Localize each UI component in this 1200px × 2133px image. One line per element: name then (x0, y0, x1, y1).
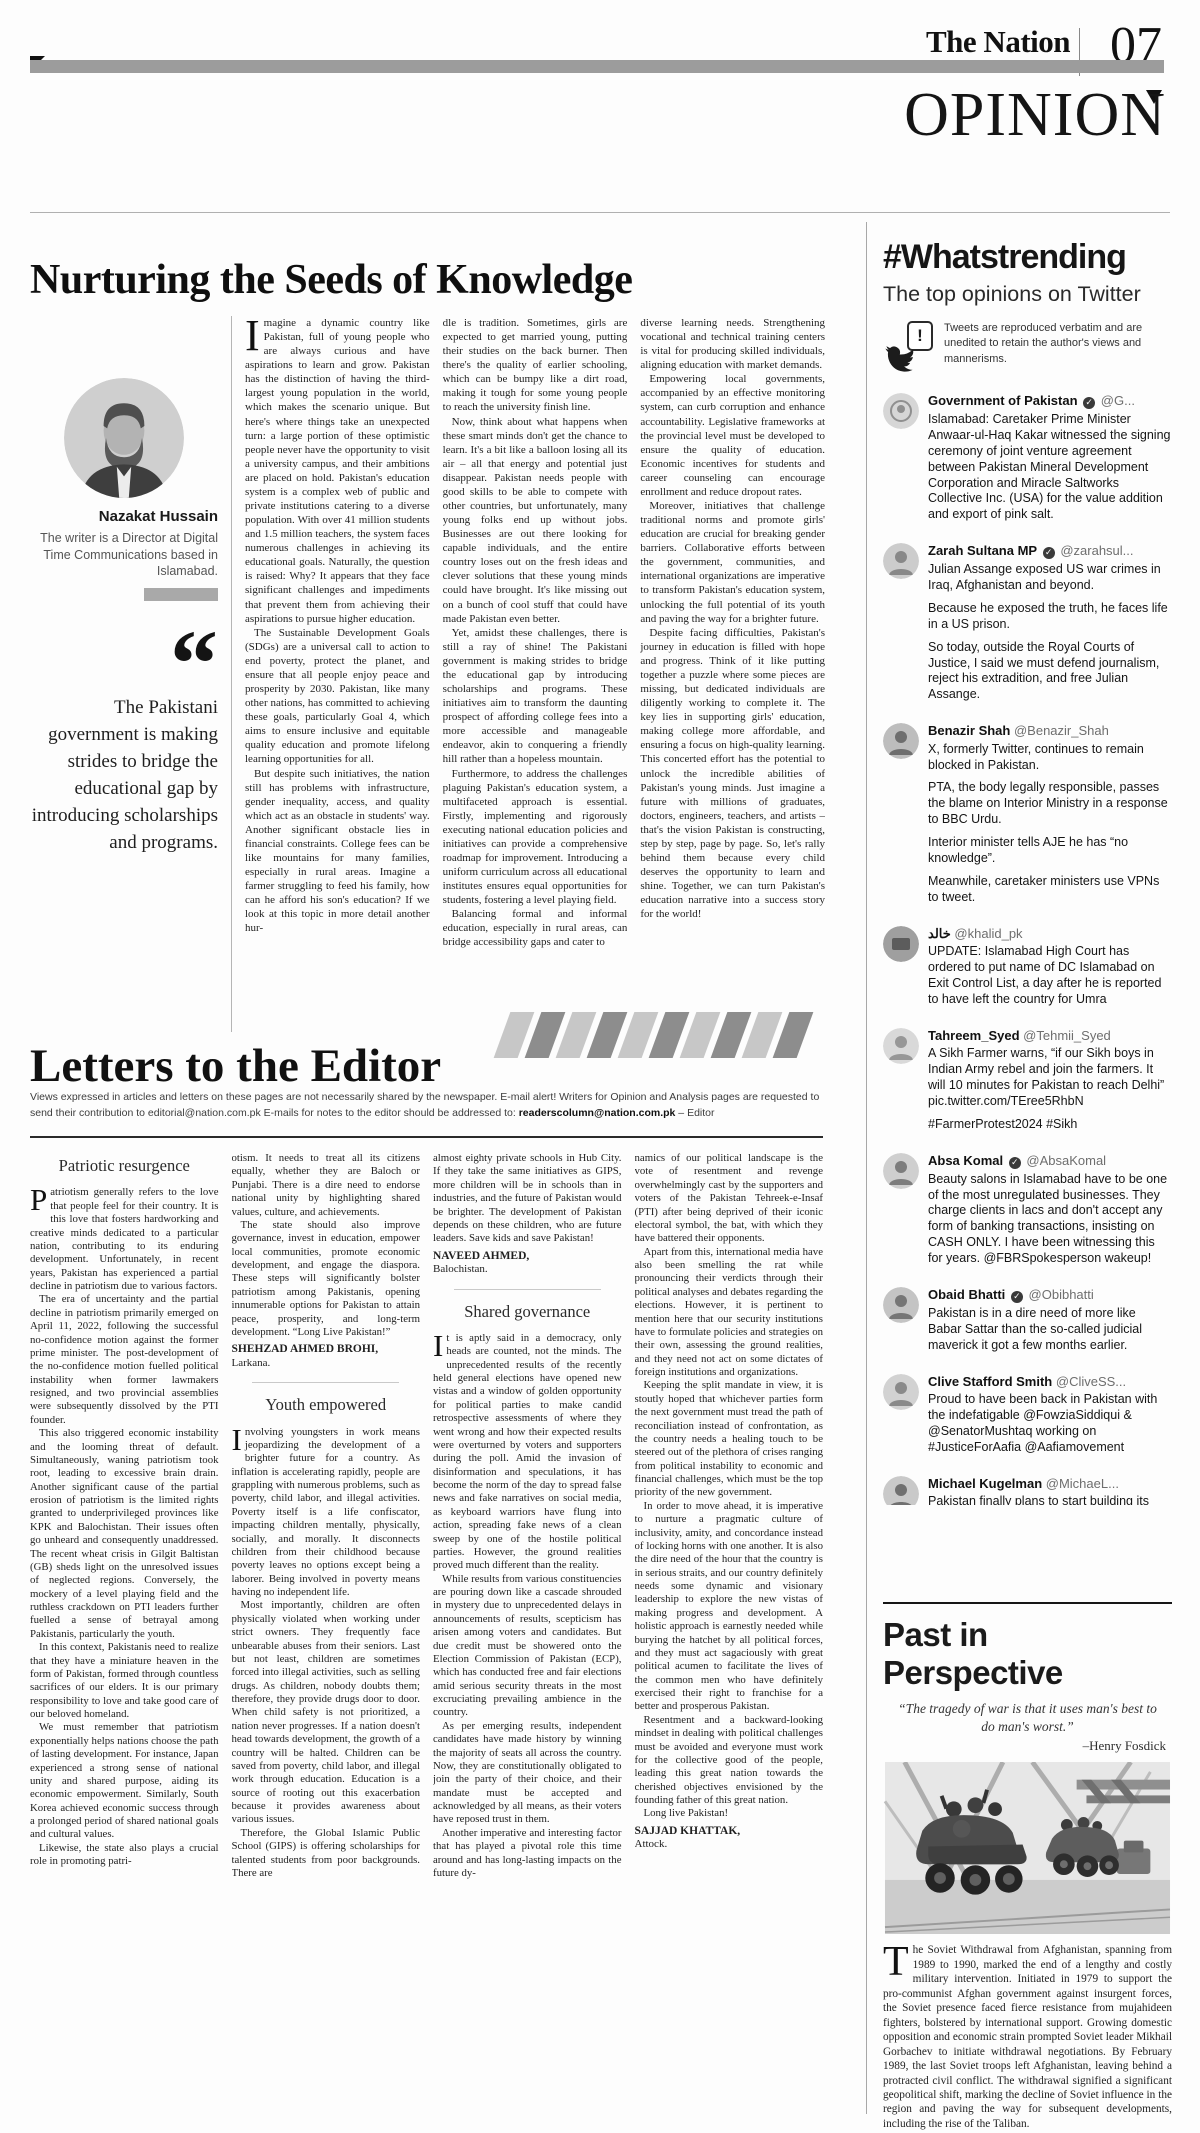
avatar (883, 1153, 919, 1189)
avatar (883, 393, 919, 429)
letter-text: Involving youngsters in work means jeopa… (232, 1426, 421, 1881)
paragraph: dle is tradition. Sometimes, girls are e… (443, 316, 628, 415)
paragraph: Likewise, the state also plays a crucial… (30, 1842, 219, 1869)
tweet-header: Absa Komal ✓ @AbsaKomal (928, 1153, 1172, 1169)
paragraph: We must remember that patriotism exponen… (30, 1721, 219, 1841)
paragraph: In order to move ahead, it is imperative… (635, 1500, 824, 1714)
paragraph: Islamabad: Caretaker Prime Minister Anwa… (928, 412, 1172, 523)
tweet-text: Islamabad: Caretaker Prime Minister Anwa… (928, 412, 1172, 523)
tweet: Obaid Bhatti ✓ @Obibhatti Pakistan is in… (883, 1287, 1172, 1361)
past-quote: “The tragedy of war is that it uses man'… (893, 1700, 1162, 1736)
avatar (883, 1476, 919, 1505)
tweet-handle: @Obibhatti (1029, 1287, 1094, 1302)
letters-columns: Patriotic resurgence Patriotism generall… (30, 1152, 823, 2112)
paragraph: Pakistan is in a dire need of more like … (928, 1306, 1172, 1354)
signature-location: Larkana. (232, 1357, 421, 1371)
twitter-bird-icon: ! (883, 321, 935, 375)
paragraph: But despite such initiatives, the nation… (245, 767, 430, 936)
paragraph: Proud to have been back in Pakistan with… (928, 1392, 1172, 1456)
author-photo (64, 378, 184, 498)
letter-heading-youth-empowered: Youth empowered (232, 1395, 421, 1415)
tweet-text: Julian Assange exposed US war crimes in … (928, 562, 1172, 703)
paragraph: Moreover, initiatives that challenge tra… (640, 499, 825, 626)
readers-email: readerscolumn@nation.com.pk (519, 1107, 676, 1119)
signature-name: NAVEED AHMED, (433, 1249, 622, 1263)
tweet-text: A Sikh Farmer warns, “if our Sikh boys i… (928, 1046, 1172, 1132)
letter-divider (454, 1289, 601, 1290)
tweet: Michael Kugelman @MichaeL... Pakistan fi… (883, 1476, 1172, 1505)
past-quote-attribution: –Henry Fosdick (883, 1738, 1166, 1754)
paragraph: The Sustainable Development Goals (SDGs)… (245, 626, 430, 767)
tweet-list: Government of Pakistan ✓ @G... Islamabad… (883, 393, 1172, 1505)
article-title: Nurturing the Seeds of Knowledge (30, 256, 632, 304)
tweet-handle: @MichaeL... (1046, 1476, 1119, 1491)
avatar (883, 723, 919, 759)
paragraph: A Sikh Farmer warns, “if our Sikh boys i… (928, 1046, 1172, 1110)
tweet-author: Tahreem_Syed (928, 1028, 1020, 1043)
paragraph: Pakistan finally plans to start building… (928, 1494, 1172, 1505)
past-title: Past in Perspective (883, 1616, 1172, 1692)
verified-badge-icon: ✓ (1009, 1157, 1021, 1169)
tweet-text: X, formerly Twitter, continues to remain… (928, 742, 1172, 906)
paragraph: Now, think about what happens when these… (443, 415, 628, 626)
avatar (883, 1028, 919, 1064)
paragraph: Keeping the split mandate in view, it is… (635, 1379, 824, 1499)
paragraph: Resentment and a backward-looking mindse… (635, 1714, 824, 1808)
author-rule (144, 588, 218, 601)
tweet: Clive Stafford Smith @CliveSS... Proud t… (883, 1374, 1172, 1463)
article-column-3: diverse learning needs. Strengthening vo… (640, 316, 825, 1032)
author-portrait-graphic (64, 378, 184, 498)
tweet-author: Obaid Bhatti (928, 1287, 1005, 1302)
section-rule (30, 212, 1170, 213)
paragraph: Yet, amidst these challenges, there is s… (443, 626, 628, 767)
letters-column-2: otism. It needs to treat all its citizen… (232, 1152, 421, 2112)
tweet-text: UPDATE: Islamabad High Court has ordered… (928, 944, 1172, 1008)
title-stripes (502, 1012, 805, 1058)
paragraph: Furthermore, to address the challenges p… (443, 767, 628, 908)
tweet-handle: @G... (1101, 393, 1135, 408)
paragraph: Another imperative and interesting facto… (433, 1827, 622, 1881)
pull-quote: The Pakistani government is making strid… (30, 695, 218, 857)
tweet: Government of Pakistan ✓ @G... Islamabad… (883, 393, 1172, 530)
tweet-handle: @Tehmii_Syed (1023, 1028, 1111, 1043)
tweet: خالد @khalid_pk UPDATE: Islamabad High C… (883, 926, 1172, 1015)
tweet-author: Zarah Sultana MP (928, 543, 1037, 558)
author-column: Nazakat Hussain The writer is a Director… (30, 316, 232, 1032)
paragraph: Empowering local governments, accompanie… (640, 372, 825, 499)
section-title: OPINION (904, 84, 1166, 146)
past-body: The Soviet Withdrawal from Afghanistan, … (883, 1943, 1172, 2131)
bird-glyph (881, 341, 916, 376)
letter-text: It is aptly said in a democracy, only he… (433, 1332, 622, 1880)
tweet: Zarah Sultana MP ✓ @zarahsul... Julian A… (883, 543, 1172, 710)
paragraph: X, formerly Twitter, continues to remain… (928, 742, 1172, 774)
tweet-author: Government of Pakistan (928, 393, 1078, 408)
letter-heading-shared-governance: Shared governance (433, 1302, 622, 1322)
paragraph: In this context, Pakistanis need to real… (30, 1641, 219, 1721)
paragraph: So today, outside the Royal Courts of Ju… (928, 640, 1172, 704)
letter-text: namics of our political landscape is the… (635, 1152, 824, 1821)
paragraph: The era of uncertainty and the partial d… (30, 1293, 219, 1427)
paragraph: Apart from this, international media hav… (635, 1246, 824, 1380)
paragraph: While results from various constituencie… (433, 1573, 622, 1720)
paragraph: Julian Assange exposed US war crimes in … (928, 562, 1172, 594)
tweet-text: Pakistan is in a dire need of more like … (928, 1306, 1172, 1354)
tweet-author: Benazir Shah (928, 723, 1010, 738)
tweet-header: Government of Pakistan ✓ @G... (928, 393, 1172, 409)
letter-text: otism. It needs to treat all its citizen… (232, 1152, 421, 1339)
letter-text: almost eighty private schools in Hub Cit… (433, 1152, 622, 1246)
past-photo (883, 1762, 1172, 1934)
tweet-header: خالد @khalid_pk (928, 926, 1172, 942)
signature-location: Balochistan. (433, 1263, 622, 1277)
letters-disclaimer: Views expressed in articles and letters … (30, 1090, 823, 1122)
paragraph: As per emerging results, independent can… (433, 1720, 622, 1827)
letters-rule (30, 1136, 823, 1138)
tweet-header: Zarah Sultana MP ✓ @zarahsul... (928, 543, 1172, 559)
paragraph: Meanwhile, caretaker ministers use VPNs … (928, 874, 1172, 906)
paragraph: almost eighty private schools in Hub Cit… (433, 1152, 622, 1246)
tweet-header: Obaid Bhatti ✓ @Obibhatti (928, 1287, 1172, 1303)
paragraph: namics of our political landscape is the… (635, 1152, 824, 1246)
paragraph: Interior minister tells AJE he has “no k… (928, 835, 1172, 867)
paragraph: Most importantly, children are often phy… (232, 1599, 421, 1826)
tweet-author: Absa Komal (928, 1153, 1003, 1168)
past-in-perspective: Past in Perspective “The tragedy of war … (883, 1602, 1172, 2131)
paragraph: This also triggered economic instability… (30, 1427, 219, 1641)
verified-badge-icon: ✓ (1011, 1291, 1023, 1303)
avatar (883, 1374, 919, 1410)
tweet-header: Clive Stafford Smith @CliveSS... (928, 1374, 1172, 1390)
signature-name: SHEHZAD AHMED BROHI, (232, 1342, 421, 1356)
tweet-text: Pakistan finally plans to start building… (928, 1494, 1172, 1505)
twitter-note: ! Tweets are reproduced verbatim and are… (883, 321, 1172, 375)
top-bar (30, 60, 1164, 73)
past-rule (883, 1602, 1172, 1604)
twitter-note-text: Tweets are reproduced verbatim and are u… (944, 321, 1166, 367)
paragraph: Therefore, the Global Islamic Public Sch… (232, 1827, 421, 1881)
tweet-author: Clive Stafford Smith (928, 1374, 1052, 1389)
sidebar: #Whatstrending The top opinions on Twitt… (866, 222, 1172, 2114)
paragraph: Long live Pakistan! (635, 1807, 824, 1820)
tweet-handle: @CliveSS... (1056, 1374, 1126, 1389)
signature-location: Attock. (635, 1838, 824, 1852)
paragraph: diverse learning needs. Strengthening vo… (640, 316, 825, 372)
letters-column-3: almost eighty private schools in Hub Cit… (433, 1152, 622, 2112)
paragraph: Because he exposed the truth, he faces l… (928, 601, 1172, 633)
letter-signature: SHEHZAD AHMED BROHI, Larkana. (232, 1342, 421, 1370)
author-name: Nazakat Hussain (30, 508, 218, 526)
newspaper-name: The Nation (926, 26, 1070, 57)
tweet-author: Michael Kugelman (928, 1476, 1042, 1491)
quote-mark-icon: “ (30, 641, 218, 687)
avatar (883, 543, 919, 579)
paragraph: Patriotism generally refers to the love … (30, 1186, 219, 1293)
tweet-text: Beauty salons in Islamabad have to be on… (928, 1172, 1172, 1267)
paragraph: Balancing formal and informal education,… (443, 907, 628, 949)
tweet-author: خالد (928, 926, 951, 941)
tweet-header: Benazir Shah @Benazir_Shah (928, 723, 1172, 739)
paragraph: otism. It needs to treat all its citizen… (232, 1152, 421, 1219)
tweet: Absa Komal ✓ @AbsaKomal Beauty salons in… (883, 1153, 1172, 1274)
whatstrending-title: #Whatstrending (883, 238, 1172, 277)
tweet-handle: @AbsaKomal (1026, 1153, 1106, 1168)
tweet-header: Michael Kugelman @MichaeL... (928, 1476, 1172, 1492)
avatar (883, 926, 919, 962)
letter-text: Patriotism generally refers to the love … (30, 1186, 219, 1868)
article-column-1: Imagine a dynamic country like Pakistan,… (245, 316, 430, 1032)
tweet-text: Proud to have been back in Pakistan with… (928, 1392, 1172, 1456)
paragraph: The Soviet Withdrawal from Afghanistan, … (883, 1943, 1172, 2131)
letter-signature: SAJJAD KHATTAK, Attock. (635, 1824, 824, 1852)
paragraph: Beauty salons in Islamabad have to be on… (928, 1172, 1172, 1267)
author-bio: The writer is a Director at Digital Time… (30, 530, 218, 581)
article-column-2: dle is tradition. Sometimes, girls are e… (443, 316, 628, 1032)
paragraph: Imagine a dynamic country like Pakistan,… (245, 316, 430, 626)
paragraph: PTA, the body legally responsible, passe… (928, 780, 1172, 828)
whatstrending-subtitle: The top opinions on Twitter (883, 282, 1172, 307)
paragraph: Despite facing difficulties, Pakistan's … (640, 626, 825, 922)
letters-title: Letters to the Editor (30, 1043, 441, 1090)
avatar (883, 1287, 919, 1323)
tweet-handle: @Benazir_Shah (1014, 723, 1109, 738)
letters-column-1: Patriotic resurgence Patriotism generall… (30, 1152, 219, 2112)
letter-signature: NAVEED AHMED, Balochistan. (433, 1249, 622, 1277)
signature-name: SAJJAD KHATTAK, (635, 1824, 824, 1838)
paragraph: #FarmerProtest2024 #Sikh (928, 1117, 1172, 1133)
article-body: Nazakat Hussain The writer is a Director… (30, 316, 825, 1032)
disclaimer-editor: – Editor (675, 1107, 714, 1119)
tweet: Benazir Shah @Benazir_Shah X, formerly T… (883, 723, 1172, 912)
verified-badge-icon: ✓ (1043, 547, 1055, 559)
paragraph: The state should also improve governance… (232, 1219, 421, 1339)
tweet-handle: @zarahsul... (1060, 543, 1133, 558)
paragraph: Involving youngsters in work means jeopa… (232, 1426, 421, 1600)
tweet-header: Tahreem_Syed @Tehmii_Syed (928, 1028, 1172, 1044)
paragraph: UPDATE: Islamabad High Court has ordered… (928, 944, 1172, 1008)
letters-column-4: namics of our political landscape is the… (635, 1152, 824, 2112)
tweet-handle: @khalid_pk (954, 926, 1022, 941)
tweet: Tahreem_Syed @Tehmii_Syed A Sikh Farmer … (883, 1028, 1172, 1140)
paragraph: It is aptly said in a democracy, only he… (433, 1332, 622, 1573)
letter-heading-patriotic-resurgence: Patriotic resurgence (30, 1156, 219, 1176)
verified-badge-icon: ✓ (1083, 397, 1095, 409)
letter-divider (252, 1382, 399, 1383)
